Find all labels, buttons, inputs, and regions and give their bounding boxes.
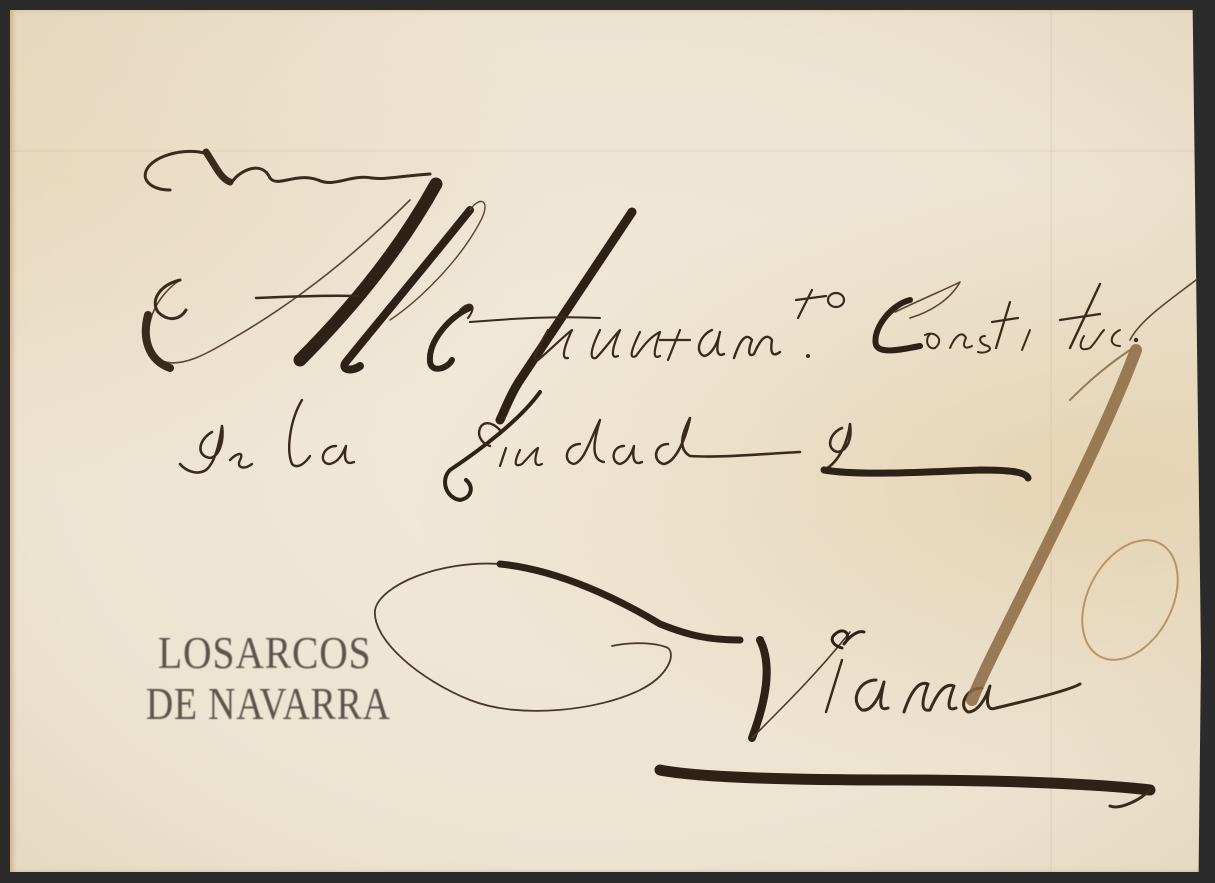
- postmark-line1: LOSARCOS: [158, 630, 372, 676]
- postmark-line2: DE NAVARRA: [146, 681, 391, 727]
- handwriting-graphic: [0, 0, 1215, 883]
